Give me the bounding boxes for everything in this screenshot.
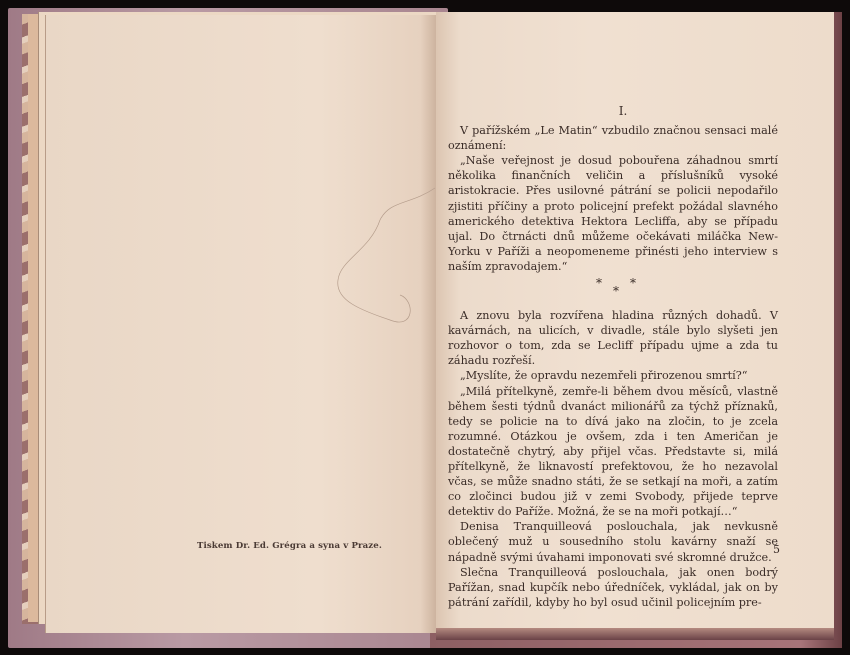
page-number: 5 (773, 543, 780, 556)
paragraph: „Naše veřejnost je dosud pobouřena záhad… (448, 153, 778, 274)
paragraph: „Milá přítelkyně, zemře-li během dvou mě… (448, 384, 778, 520)
printer-imprint: Tiskem Dr. Ed. Grégra a syna v Praze. (197, 541, 382, 551)
hair-strand (330, 180, 450, 360)
separator-star: * (596, 276, 602, 291)
paragraph: „Myslíte, že opravdu nezemřeli přirozeno… (448, 368, 778, 383)
paragraph: A znovu byla rozvířena hladina různých d… (448, 308, 778, 368)
section-separator: * * * (448, 274, 778, 308)
chapter-text: I. V pařížském „Le Matin“ vzbudilo značn… (448, 104, 778, 610)
separator-star: * (613, 284, 619, 299)
separator-star: * (630, 276, 636, 291)
chapter-heading: I. (448, 104, 778, 119)
paragraph: Slečna Tranquilleová poslouchala, jak on… (448, 565, 778, 610)
page-bottom-shadow (436, 628, 834, 640)
paragraph: V pařížském „Le Matin“ vzbudilo značnou … (448, 123, 778, 153)
paragraph: Denisa Tranquilleová poslouchala, jak ne… (448, 519, 778, 564)
